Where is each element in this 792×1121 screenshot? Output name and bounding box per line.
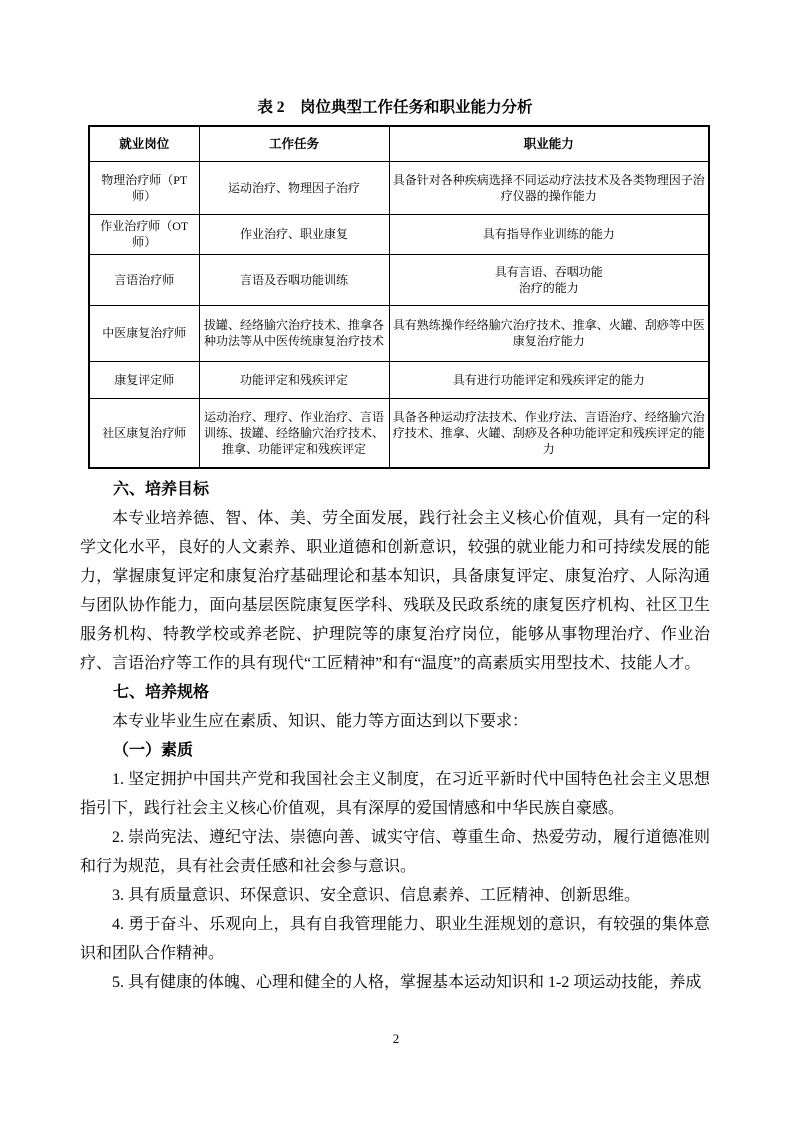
quality-item-2: 2. 崇尚宪法、遵纪守法、崇德向善、诚实守信、尊重生命、热爱劳动，履行道德准则和… [80, 823, 710, 881]
cell-abilities: 具备各种运动疗法技术、作业疗法、言语治疗、经络腧穴治疗技术、推拿、火罐、刮痧及各… [389, 398, 709, 468]
section-heading-training-spec: 七、培养规格 [80, 678, 710, 707]
cell-tasks: 运动治疗、理疗、作业治疗、言语训练、拔罐、经络腧穴治疗技术、推拿、功能评定和残疾… [199, 398, 389, 468]
table-caption: 表 2 岗位典型工作任务和职业能力分析 [80, 98, 710, 118]
cell-position: 言语治疗师 [89, 254, 199, 305]
cell-position: 作业治疗师（OT 师） [89, 214, 199, 254]
cell-position: 中医康复治疗师 [89, 305, 199, 361]
col-header-position: 就业岗位 [89, 126, 199, 161]
job-analysis-table: 就业岗位 工作任务 职业能力 物理治疗师（PT 师） 运动治疗、物理因子治疗 具… [88, 125, 710, 469]
table-row: 中医康复治疗师 拔罐、经络腧穴治疗技术、推拿各种功法等从中医传统康复治疗技术 具… [89, 305, 709, 361]
table-row: 作业治疗师（OT 师） 作业治疗、职业康复 具有指导作业训练的能力 [89, 214, 709, 254]
cell-abilities: 具有言语、吞咽功能 治疗的能力 [389, 254, 709, 305]
cell-abilities: 具有熟练操作经络腧穴治疗技术、推拿、火罐、刮痧等中医康复治疗能力 [389, 305, 709, 361]
cell-tasks: 作业治疗、职业康复 [199, 214, 389, 254]
quality-item-5: 5. 具有健康的体魄、心理和健全的人格，掌握基本运动知识和 1-2 项运动技能，… [80, 968, 710, 997]
cell-tasks: 运动治疗、物理因子治疗 [199, 161, 389, 214]
quality-item-4: 4. 勇于奋斗、乐观向上，具有自我管理能力、职业生涯规划的意识，有较强的集体意识… [80, 910, 710, 968]
section-heading-training-goal: 六、培养目标 [80, 475, 710, 504]
cell-tasks: 言语及吞咽功能训练 [199, 254, 389, 305]
table-row: 社区康复治疗师 运动治疗、理疗、作业治疗、言语训练、拔罐、经络腧穴治疗技术、推拿… [89, 398, 709, 468]
cell-position: 物理治疗师（PT 师） [89, 161, 199, 214]
table-row: 康复评定师 功能评定和残疾评定 具有进行功能评定和残疾评定的能力 [89, 361, 709, 398]
training-goal-paragraph: 本专业培养德、智、体、美、劳全面发展，践行社会主义核心价值观，具有一定的科学文化… [80, 504, 710, 678]
col-header-tasks: 工作任务 [199, 126, 389, 161]
col-header-abilities: 职业能力 [389, 126, 709, 161]
document-body: 表 2 岗位典型工作任务和职业能力分析 就业岗位 工作任务 职业能力 物理治疗师… [80, 98, 710, 997]
cell-position: 社区康复治疗师 [89, 398, 199, 468]
cell-tasks: 拔罐、经络腧穴治疗技术、推拿各种功法等从中医传统康复治疗技术 [199, 305, 389, 361]
training-spec-intro: 本专业毕业生应在素质、知识、能力等方面达到以下要求： [80, 707, 710, 736]
table-row: 言语治疗师 言语及吞咽功能训练 具有言语、吞咽功能 治疗的能力 [89, 254, 709, 305]
table-row: 物理治疗师（PT 师） 运动治疗、物理因子治疗 具备针对各种疾病选择不同运动疗法… [89, 161, 709, 214]
table-header-row: 就业岗位 工作任务 职业能力 [89, 126, 709, 161]
document-page: 表 2 岗位典型工作任务和职业能力分析 就业岗位 工作任务 职业能力 物理治疗师… [0, 0, 792, 1121]
page-number: 2 [0, 1030, 792, 1048]
quality-item-1: 1. 坚定拥护中国共产党和我国社会主义制度，在习近平新时代中国特色社会主义思想指… [80, 765, 710, 823]
cell-abilities: 具有指导作业训练的能力 [389, 214, 709, 254]
text-sections: 六、培养目标 本专业培养德、智、体、美、劳全面发展，践行社会主义核心价值观，具有… [80, 475, 710, 997]
subsection-heading-quality: （一）素质 [80, 736, 710, 765]
cell-abilities: 具备针对各种疾病选择不同运动疗法技术及各类物理因子治疗仪器的操作能力 [389, 161, 709, 214]
cell-position: 康复评定师 [89, 361, 199, 398]
cell-abilities: 具有进行功能评定和残疾评定的能力 [389, 361, 709, 398]
cell-tasks: 功能评定和残疾评定 [199, 361, 389, 398]
quality-item-3: 3. 具有质量意识、环保意识、安全意识、信息素养、工匠精神、创新思维。 [80, 881, 710, 910]
